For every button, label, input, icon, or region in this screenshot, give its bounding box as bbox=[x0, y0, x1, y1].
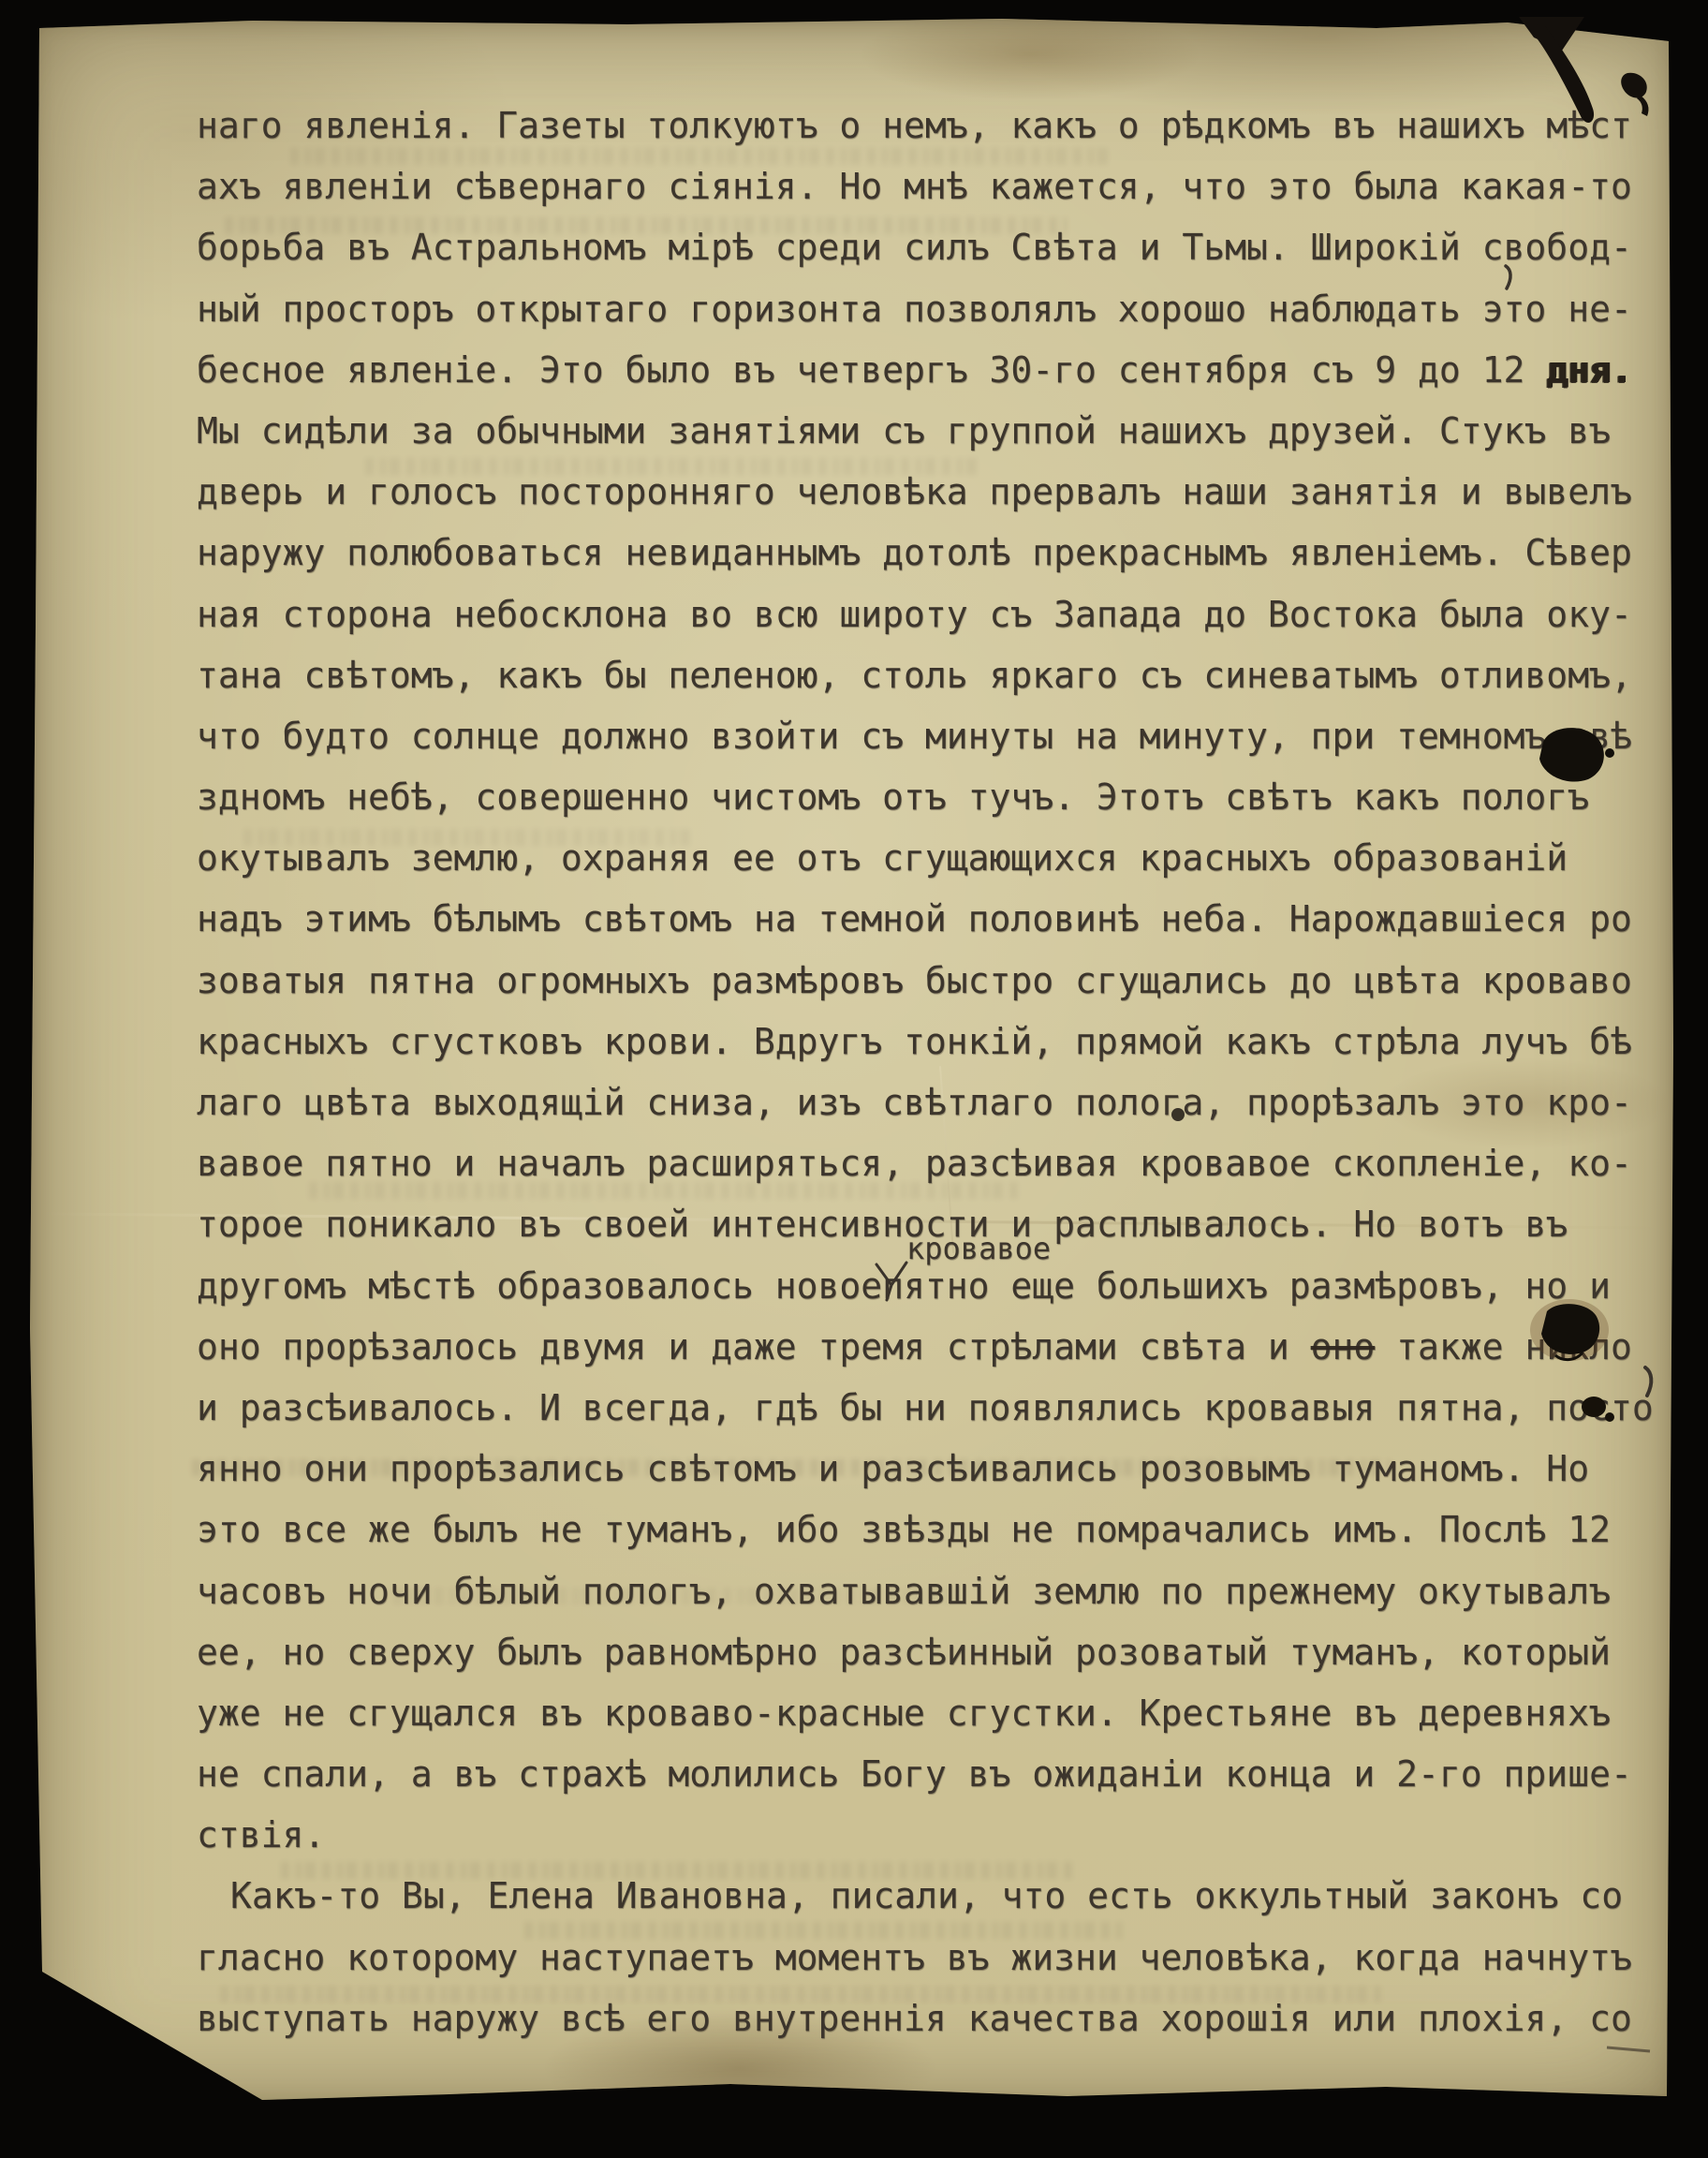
typed-line: и разсѣивалось. И всегда, гдѣ бы ни появ… bbox=[197, 1378, 1682, 1439]
struck-out-word: оно bbox=[1311, 1326, 1376, 1367]
typed-line: выступать наружу всѣ его внутреннія каче… bbox=[197, 1988, 1682, 2049]
typed-line: янно они прорѣзались свѣтомъ и разсѣивал… bbox=[197, 1439, 1682, 1500]
typed-line: наружу полюбоваться невиданнымъ дотолѣ п… bbox=[197, 523, 1682, 584]
typed-line: гласно которому наступаетъ моментъ въ жи… bbox=[197, 1928, 1682, 1988]
typed-line: это все же былъ не туманъ, ибо звѣзды не… bbox=[197, 1500, 1682, 1560]
paper-sheet: наго явленія. Газеты толкуютъ о немъ, ка… bbox=[28, 17, 1678, 2110]
scanned-letter-page: { "meta": { "kind": "typewritten letter … bbox=[0, 0, 1708, 2158]
typed-line: ахъ явленіи сѣвернаго сіянія. Но мнѣ каж… bbox=[197, 156, 1682, 217]
typed-line: ствія. bbox=[197, 1805, 1682, 1866]
typed-line: красныхъ сгустковъ крови. Вдругъ тонкій,… bbox=[197, 1012, 1682, 1072]
typed-line: часовъ ночи бѣлый пологъ, охватывавшій з… bbox=[197, 1561, 1682, 1622]
typed-segment: оно прорѣзалось двумя и даже тремя стрѣл… bbox=[197, 1326, 1311, 1367]
typed-segment: пятно еще большихъ размѣровъ, но и bbox=[882, 1265, 1611, 1307]
typed-line: окутывалъ землю, охраняя ее отъ сгущающи… bbox=[197, 828, 1682, 889]
typed-line: ная сторона небосклона во всю широту съ … bbox=[197, 584, 1682, 645]
typed-line: оно прорѣзалось двумя и даже тремя стрѣл… bbox=[197, 1317, 1682, 1378]
typed-line: наго явленія. Газеты толкуютъ о немъ, ка… bbox=[197, 96, 1682, 156]
typed-segment: также никло bbox=[1375, 1326, 1632, 1367]
typed-line: Мы сидѣли за обычными занятіями съ групп… bbox=[197, 401, 1682, 462]
overstruck-word: дня. bbox=[1546, 349, 1632, 391]
typed-line: Какъ-то Вы, Елена Ивановна, писали, что … bbox=[197, 1866, 1682, 1927]
typed-line: уже не сгущался въ кроваво-красные сгуст… bbox=[197, 1683, 1682, 1744]
typed-segment: другомъ мѣстѣ образовалось новое bbox=[197, 1265, 882, 1307]
typed-line: бесное явленіе. Это было въ четвергъ 30-… bbox=[197, 340, 1682, 401]
typed-line: ный просторъ открытаго горизонта позволя… bbox=[197, 279, 1682, 340]
typed-line: вавое пятно и началъ расширяться, разсѣи… bbox=[197, 1133, 1682, 1194]
typed-line: надъ этимъ бѣлымъ свѣтомъ на темной поло… bbox=[197, 889, 1682, 950]
interline-insertion: кровавое bbox=[906, 1231, 1051, 1266]
typed-line: тана свѣтомъ, какъ бы пеленою, столь ярк… bbox=[197, 645, 1682, 706]
typed-line: борьба въ Астральномъ мірѣ среди силъ Св… bbox=[197, 217, 1682, 278]
typed-line: дверь и голосъ посторонняго человѣка пре… bbox=[197, 462, 1682, 523]
typed-line: что будто солнце должно взойти съ минуты… bbox=[197, 706, 1682, 767]
typed-line: лаго цвѣта выходящій сниза, изъ свѣтлаго… bbox=[197, 1072, 1682, 1133]
typed-line: не спали, а въ страхѣ молились Богу въ о… bbox=[197, 1744, 1682, 1805]
typed-line: зоватыя пятна огромныхъ размѣровъ быстро… bbox=[197, 951, 1682, 1012]
typed-line: ее, но сверху былъ равномѣрно разсѣинный… bbox=[197, 1622, 1682, 1683]
typed-line: здномъ небѣ, совершенно чистомъ отъ тучъ… bbox=[197, 767, 1682, 828]
typewritten-text: наго явленія. Газеты толкуютъ о немъ, ка… bbox=[197, 96, 1682, 2049]
typed-segment: бесное явленіе. Это было въ четвергъ 30-… bbox=[197, 349, 1546, 391]
